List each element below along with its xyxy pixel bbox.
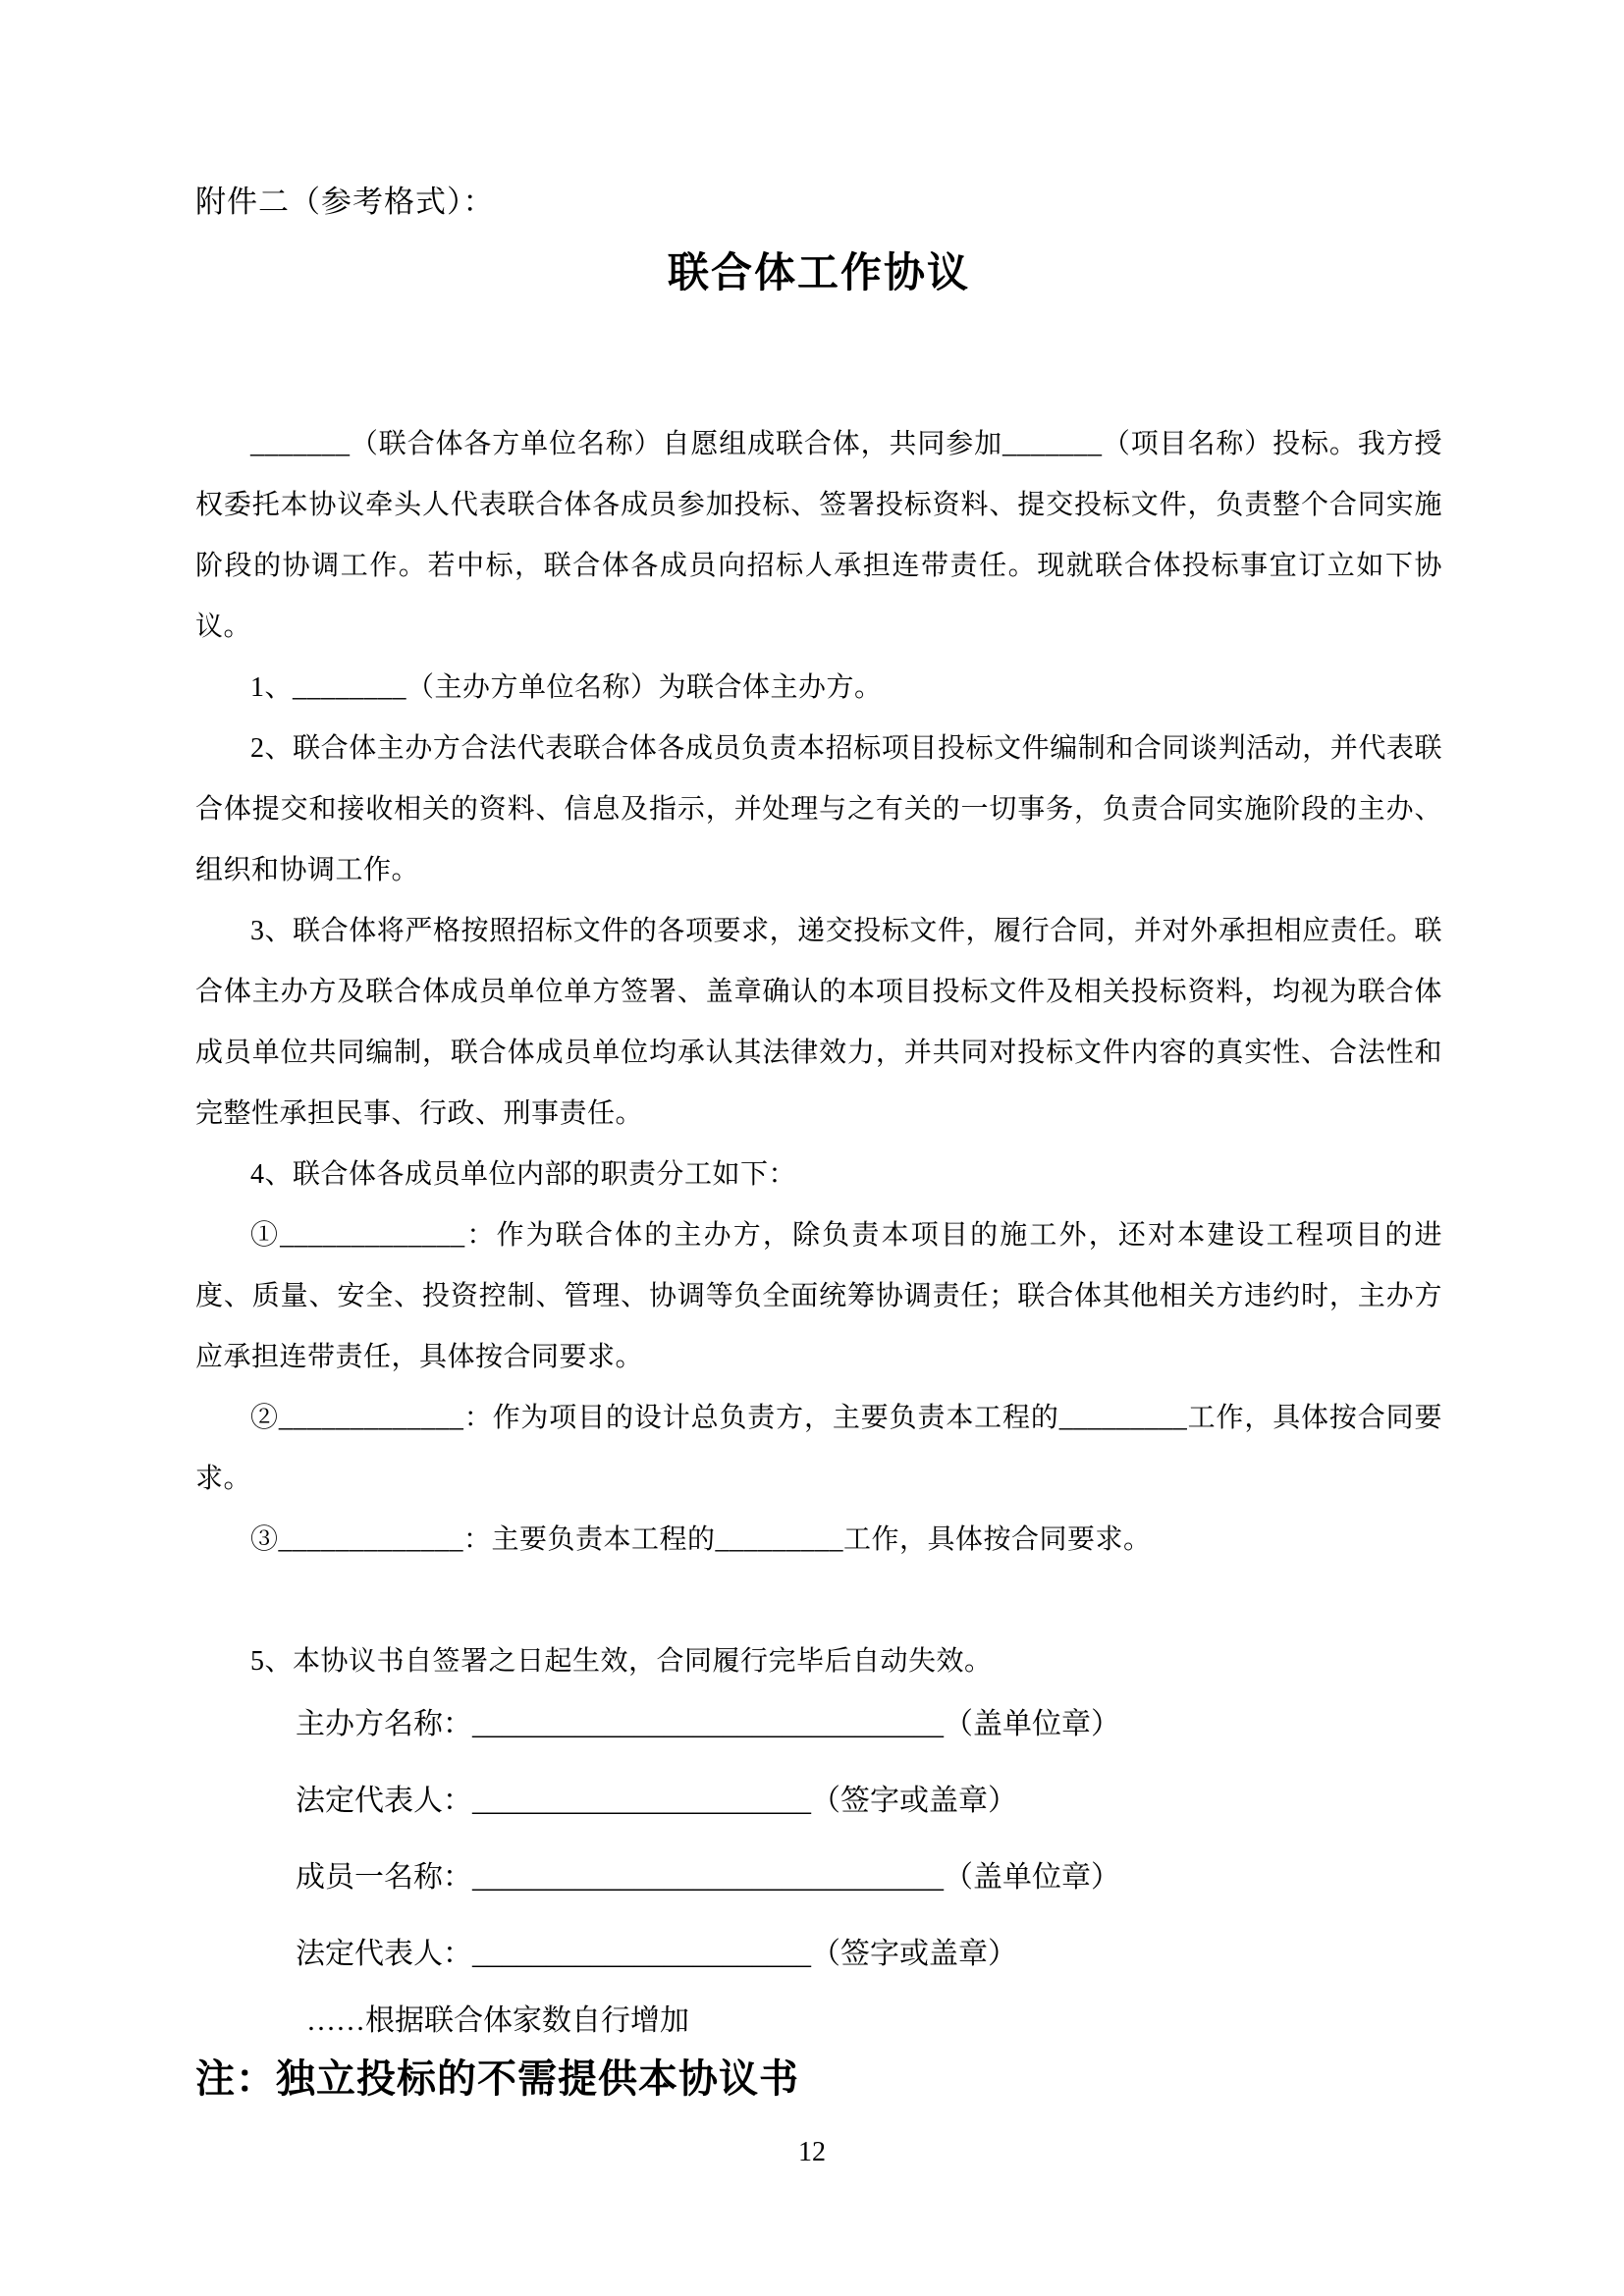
document-title: 联合体工作协议 <box>195 251 1442 296</box>
signature-label: 成员一名称： <box>296 1861 472 1894</box>
signature-row-host-representative: 法定代表人：_______________________（签字或盖章） <box>296 1763 1442 1840</box>
signature-blank-line: _______________________ <box>472 1938 811 1970</box>
expand-note: ……根据联合体家数自行增加 <box>195 1993 1442 2050</box>
clause-2: 2、联合体主办方合法代表联合体各成员负责本招标项目投标文件编制和合同谈判活动，并… <box>195 719 1442 901</box>
signature-stamp-note: （签字或盖章） <box>811 1938 1017 1970</box>
signature-blank-line: ________________________________ <box>472 1861 944 1894</box>
clause-3: 3、联合体将严格按照招标文件的各项要求，递交投标文件，履行合同，并对外承担相应责… <box>195 901 1442 1145</box>
signature-row-member-representative: 法定代表人：_______________________（签字或盖章） <box>296 1916 1442 1993</box>
signature-blank-line: ________________________________ <box>472 1708 944 1740</box>
signature-stamp-note: （盖单位章） <box>944 1708 1120 1740</box>
signature-blank-line: _______________________ <box>472 1785 811 1817</box>
signature-stamp-note: （盖单位章） <box>944 1861 1120 1894</box>
paragraph-intro: _______（联合体各方单位名称）自愿组成联合体，共同参加_______（项目… <box>195 414 1442 658</box>
clause-1: 1、________（主办方单位名称）为联合体主办方。 <box>195 658 1442 719</box>
agreement-body: _______（联合体各方单位名称）自愿组成联合体，共同参加_______（项目… <box>195 414 1442 1692</box>
signature-row-member-name: 成员一名称：________________________________（盖… <box>296 1840 1442 1916</box>
document-page: 附件二（参考格式）： 联合体工作协议 _______（联合体各方单位名称）自愿组… <box>0 0 1624 2296</box>
clause-4: 4、联合体各成员单位内部的职责分工如下： <box>195 1145 1442 1205</box>
footer-note: 注：独立投标的不需提供本协议书 <box>195 2054 1442 2105</box>
signature-label: 法定代表人： <box>296 1938 472 1970</box>
signature-block: 主办方名称：________________________________（盖… <box>195 1686 1442 1993</box>
signature-row-host-name: 主办方名称：________________________________（盖… <box>296 1686 1442 1763</box>
duty-item-1: ①_____________：作为联合体的主办方，除负责本项目的施工外，还对本建… <box>195 1205 1442 1388</box>
duty-item-2: ②_____________：作为项目的设计总负责方，主要负责本工程的_____… <box>195 1388 1442 1510</box>
attachment-label: 附件二（参考格式）： <box>195 183 1442 222</box>
signature-label: 主办方名称： <box>296 1708 472 1740</box>
signature-stamp-note: （签字或盖章） <box>811 1785 1017 1817</box>
signature-label: 法定代表人： <box>296 1785 472 1817</box>
clause-5: 5、本协议书自签署之日起生效，合同履行完毕后自动失效。 <box>195 1631 1442 1692</box>
page-number: 12 <box>0 2137 1624 2168</box>
duty-item-3: ③_____________：主要负责本工程的_________工作，具体按合同… <box>195 1510 1442 1571</box>
